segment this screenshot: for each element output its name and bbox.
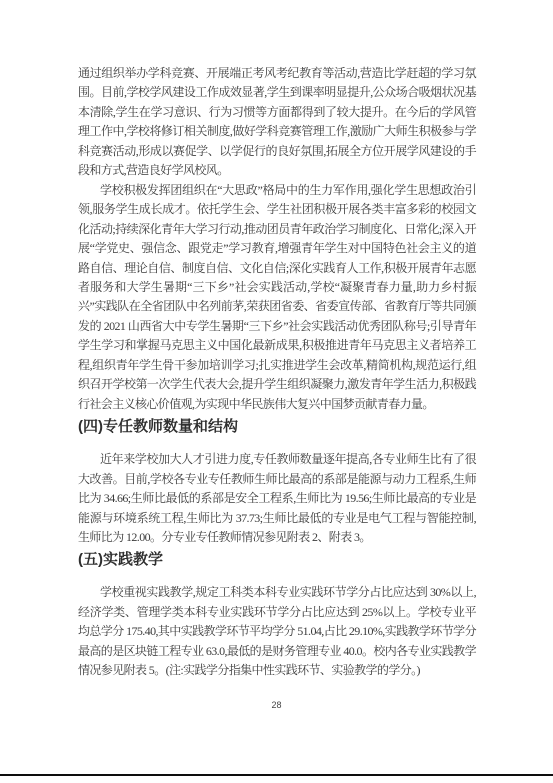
section-heading-practice-teaching: (五)实践教学 [78,549,476,571]
page-number: 28 [0,700,553,710]
document-page: 通过组织举办学科竞赛、开展端正考风考纪教育等活动,营造比学赶超的学习氛围。目前,… [0,0,553,783]
paragraph-teacher-student-ratio: 近年来学校加大人才引进力度,专任教师数量逐年提高,各专业师生比有了很大改善。目前… [78,450,476,547]
bottom-border-line [0,774,553,776]
paragraph-practice-teaching-credits: 学校重视实践教学,规定工科类本科专业实践环节学分占比应达到 30%以上,经济学类… [78,583,476,680]
paragraph-study-atmosphere: 通过组织举办学科竞赛、开展端正考风考纪教育等活动,营造比学赶超的学习氛围。目前,… [78,64,476,181]
page-content: 通过组织举办学科竞赛、开展端正考风考纪教育等活动,营造比学赶超的学习氛围。目前,… [78,64,476,681]
paragraph-youth-league-work: 学校积极发挥团组织在“大思政”格局中的生力军作用,强化学生思想政治引领,服务学生… [78,181,476,414]
section-heading-teacher-numbers: (四)专任教师数量和结构 [78,416,476,438]
